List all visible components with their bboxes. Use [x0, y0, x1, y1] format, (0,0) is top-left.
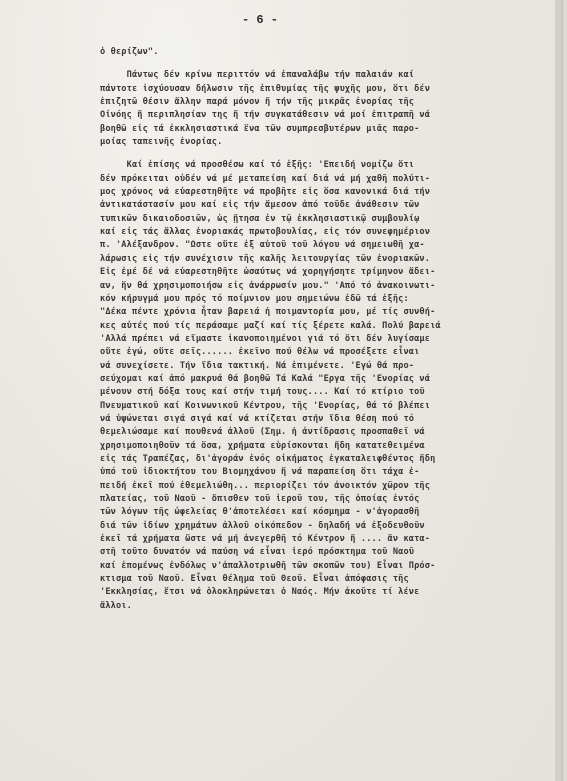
- text-line: 'Αλλά πρέπει νά εἴμαστε ἱκανοποιημένοι γ…: [100, 333, 560, 346]
- text-line: τυπικῶν δικαιοδοσιῶν, ὡς ᾔτησα ἐν τῷ ἐκκ…: [100, 213, 560, 226]
- text-line: [100, 613, 560, 626]
- text-line: χρησιμοποιηθοῦν τά ὅσα, χρήματα εὑρίσκον…: [100, 440, 560, 453]
- text-line: θεμελιώσαμε καί πουθενά ἀλλοῦ (Σημ. ἡ ἀν…: [100, 426, 560, 439]
- text-line: [100, 640, 560, 653]
- text-line: διά τῶν ἰδίων χρημάτων ἀλλοῦ οἰκόπεδον -…: [100, 520, 560, 533]
- text-line: ἄλλοι.: [100, 600, 560, 613]
- text-line: π. 'Αλέξανδρον. "Ωστε οὔτε ἐξ αὐτοῦ τοῦ …: [100, 239, 560, 252]
- text-line: ὁ θερίζων".: [100, 46, 560, 59]
- text-line: πειδή ἐκεῖ πού ἐθεμελιώθη... περιορίζει …: [100, 480, 560, 493]
- text-line: οὔτε ἐγώ, οὔτε σεῖς...... ἐκεῖνο πού θέλ…: [100, 346, 560, 359]
- text-line: ἀντικατάστασίν μου καί εἰς τήν ἄμεσον ἀπ…: [100, 199, 560, 212]
- text-line: καί ἑπομένως ἐνδόλως ν'ἀπαλλοτριωθῆ τῶν …: [100, 560, 560, 573]
- text-line: [100, 653, 560, 666]
- text-line: νά ὑψώνεται σιγά σιγά καί νά κτίζεται στ…: [100, 413, 560, 426]
- document-page: - 6 - ὁ θερίζων". Πάντως δέν κρίνω περιτ…: [0, 0, 561, 781]
- text-line: πάντοτε ἰσχύουσαν δήλωσιν τῆς ἐπιθυμίας …: [100, 83, 560, 96]
- text-line: δέν πρόκειται οὐδέν νά μέ μεταπείση καί …: [100, 173, 560, 186]
- paragraph-gap: [100, 149, 560, 159]
- paragraph: Καί ἐπίσης νά προσθέσω καί τό ἑξῆς: 'Επε…: [100, 159, 560, 679]
- text-line: ἐπιζητῶ θέσιν ἄλλην παρά μόνον ἤ τήν τῆς…: [100, 96, 560, 109]
- text-line: Πνευματικοῦ καί Κοινωνικοῦ Κέντρου, τῆς …: [100, 400, 560, 413]
- text-line: Οἰνόης ἤ περιπλησίαν της ἤ τήν συγκατάθε…: [100, 109, 560, 122]
- text-line: κτισμα τοῦ Ναοῦ. Εἶναι θέλημα τοῦ Θεοῦ. …: [100, 573, 560, 586]
- paragraph-gap: [100, 59, 560, 69]
- text-line: [100, 666, 560, 679]
- text-line: 'Εκκλησίας, ἔτσι νά ὁλοκληρώνεται ὁ Ναός…: [100, 586, 560, 599]
- text-line: καί εἰς τάς ἄλλας ἐνοριακάς πρωτοβουλίας…: [100, 226, 560, 239]
- text-line: μένουν στή δόξα τους καί στήν τιμή τους.…: [100, 386, 560, 399]
- text-line: μοίας ταπεινῆς ἐνορίας.: [100, 136, 560, 149]
- text-line: κόν κήρυγμά μου πρός τό ποίμνιον μου σημ…: [100, 293, 560, 306]
- text-line: μος χρόνος νά εὐαρεστηθῆτε νά προβῆτε εἰ…: [100, 186, 560, 199]
- text-line: ὑπό τοῦ ἰδιοκτήτου του Βιομηχάνου ἤ νά π…: [100, 466, 560, 479]
- text-line: ἐκεῖ τά χρήματα ὥστε νά μή ἀνεγερθῆ τό Κ…: [100, 533, 560, 546]
- page-number: - 6 -: [0, 13, 520, 27]
- text-line: εἰς τάς Τραπέζας, δι'ἀγοράν ἑνός οἰκήματ…: [100, 453, 560, 466]
- text-line: [100, 626, 560, 639]
- text-line: πλατείας, τοῦ Ναοῦ - ὄπισθεν τοῦ ἱεροῦ τ…: [100, 493, 560, 506]
- text-line: σεύχομαι καί ἀπό μακρυά θά βοηθῶ Τά Καλά…: [100, 373, 560, 386]
- text-line: "Δέκα πέντε χρόνια ἦταν βαρειά ἡ ποιμαντ…: [100, 306, 560, 319]
- document-body: ὁ θερίζων". Πάντως δέν κρίνω περιττόν νά…: [100, 46, 560, 680]
- text-line: κες αὐτές πού τίς περάσαμε μαζί καί τίς …: [100, 320, 560, 333]
- text-line: Καί ἐπίσης νά προσθέσω καί τό ἑξῆς: 'Επε…: [100, 159, 560, 172]
- text-line: βοηθῶ εἰς τά ἐκκλησιαστικά ἕνα τῶν συμπρ…: [100, 123, 560, 136]
- text-line: νά συνεχίσετε. Τήν ἴδια τακτική. Νά ἐπιμ…: [100, 360, 560, 373]
- text-line: Πάντως δέν κρίνω περιττόν νά ἐπαναλάβω τ…: [100, 69, 560, 82]
- text-line: λάρωσις εἰς τήν συνέχισιν τῆς καλῆς λειτ…: [100, 253, 560, 266]
- text-line: Εἰς ἐμέ δέ νά εὐαρεστηθῆτε ὡσαύτως νά χο…: [100, 266, 560, 279]
- paragraph: Πάντως δέν κρίνω περιττόν νά ἐπαναλάβω τ…: [100, 69, 560, 149]
- text-line: τῶν λόγων τῆς ὠφελείας θ'ἀποτελέσει καί …: [100, 506, 560, 519]
- text-line: αν, ἥν θά χρησιμοποιήσω εἰς ἀνάρρωσίν μο…: [100, 280, 560, 293]
- text-line: στῆ τοῦτο δυνατόν νά παύση νά εἶναι ἱερό…: [100, 546, 560, 559]
